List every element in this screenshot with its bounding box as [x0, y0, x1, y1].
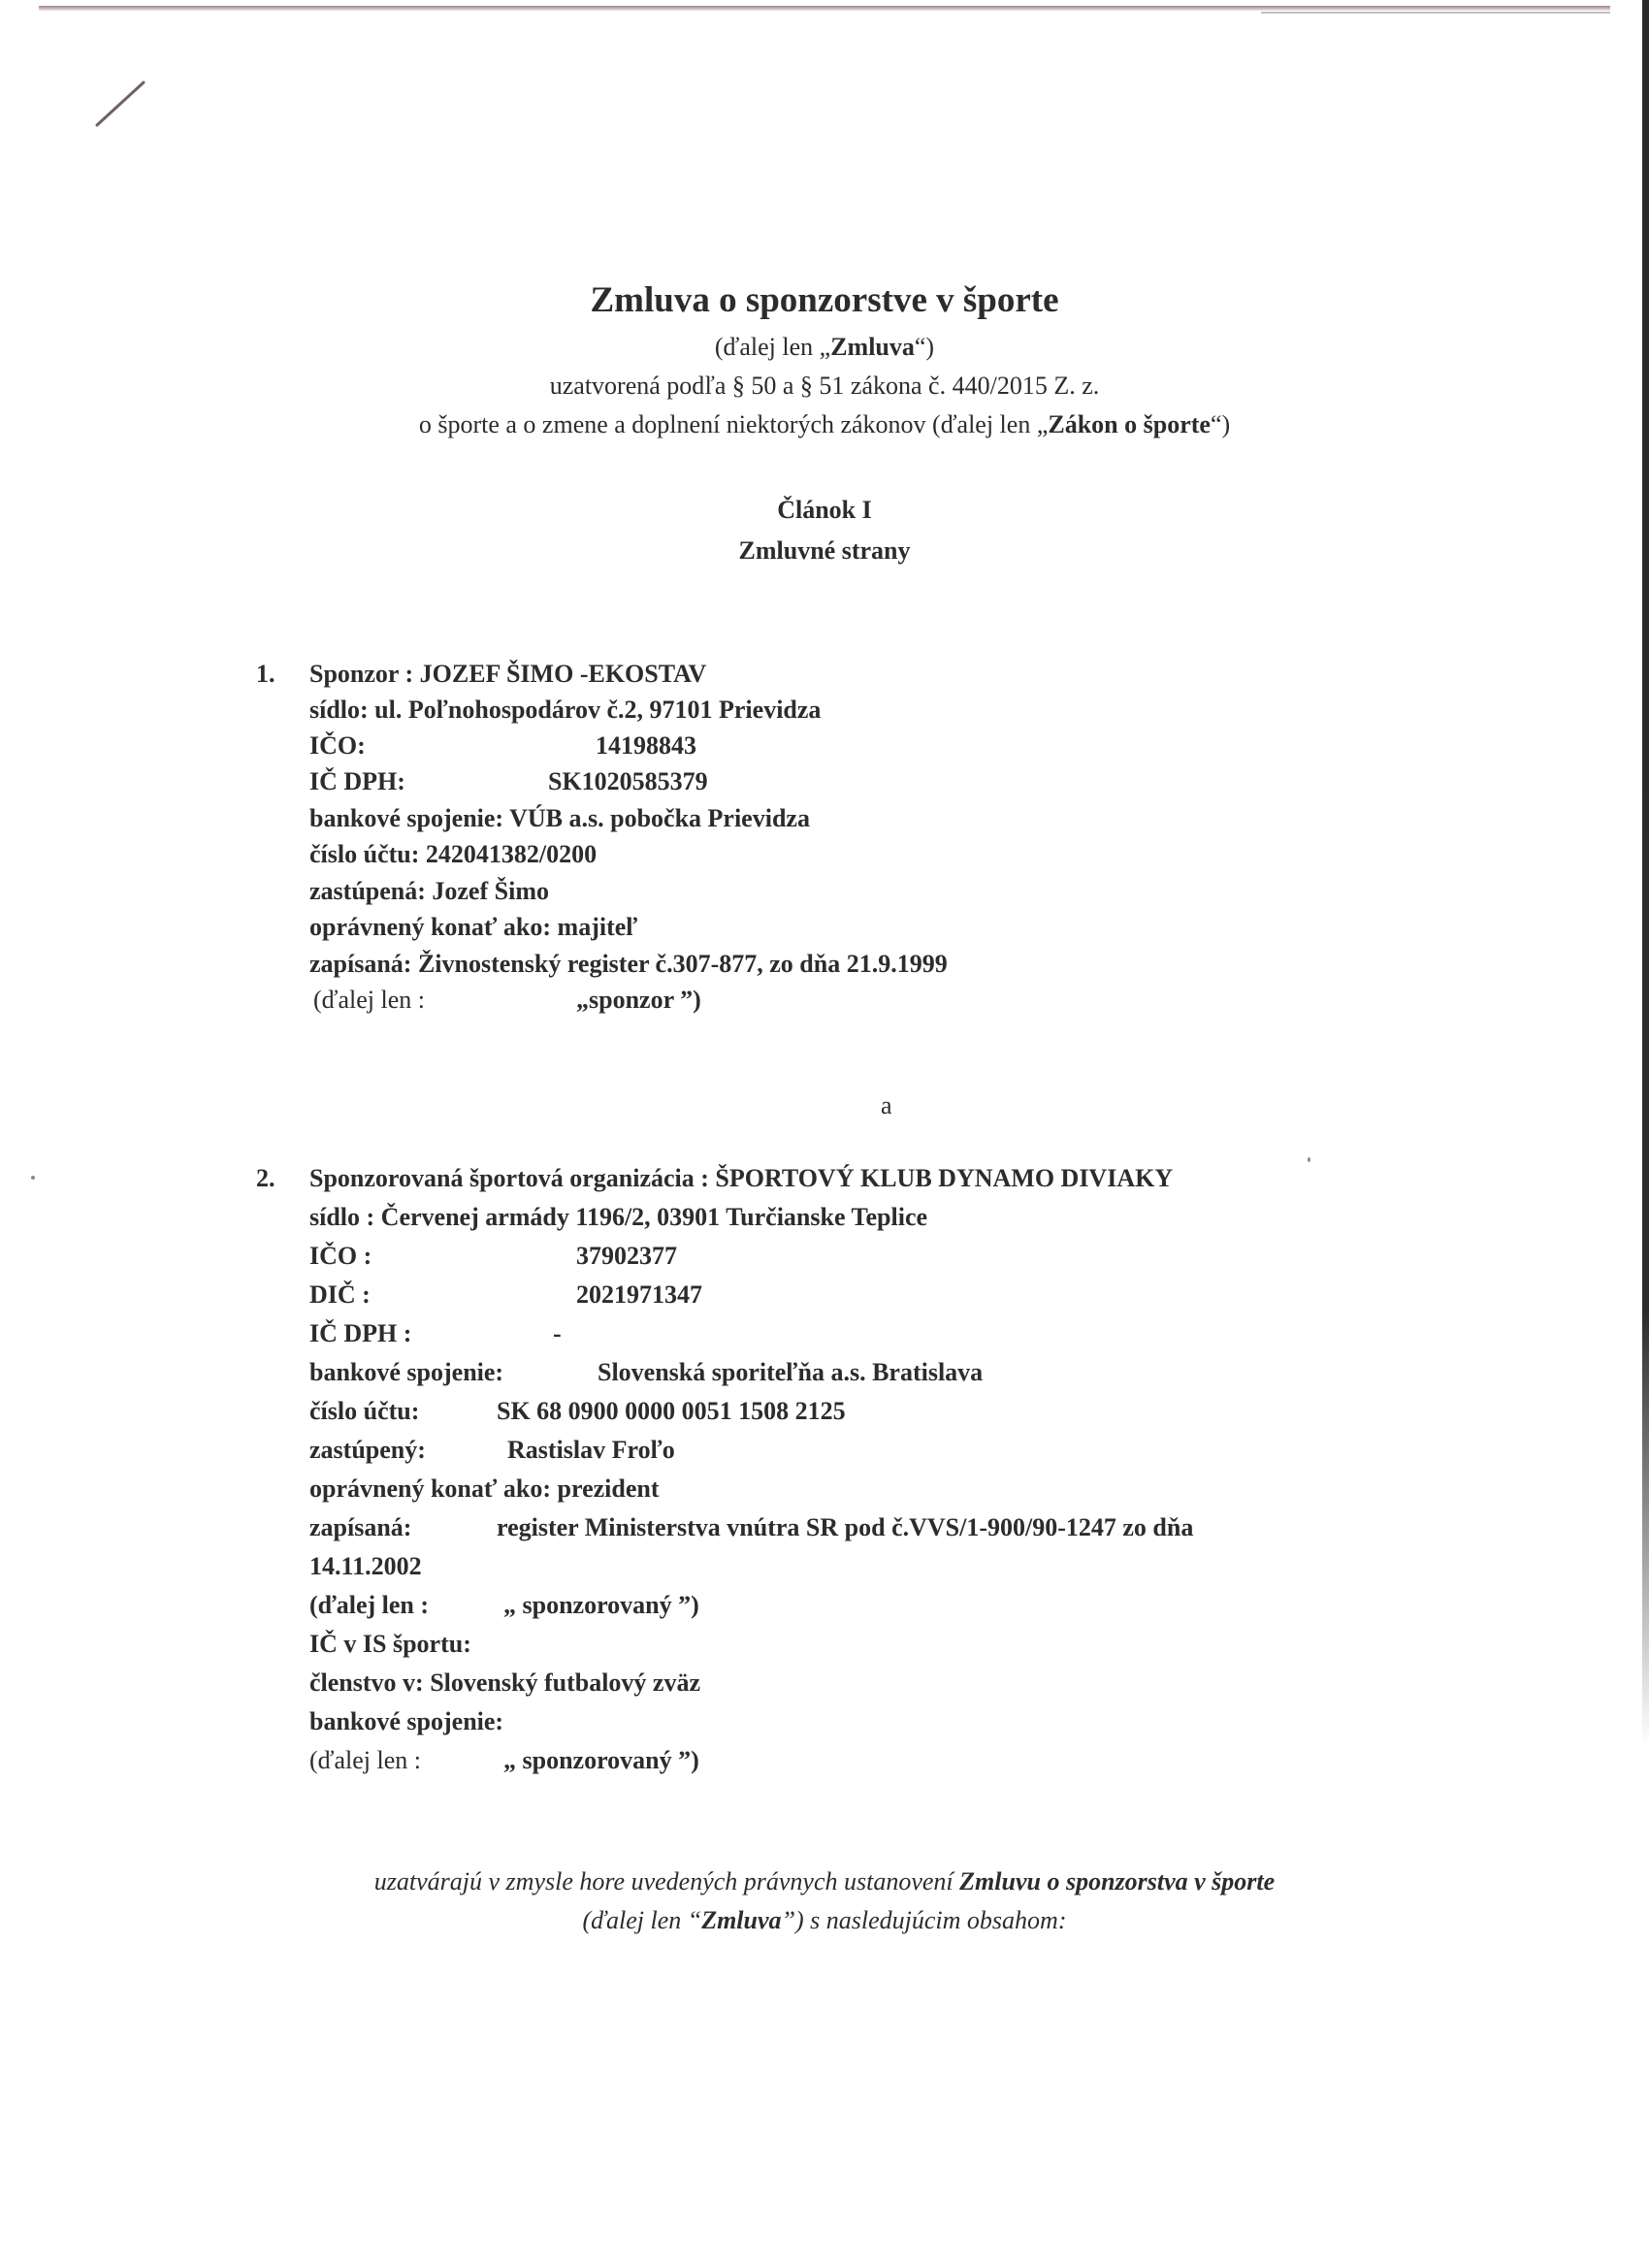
party-number: 2. [256, 1164, 275, 1193]
bank-value: Slovenská sporiteľňa a.s. Bratislava [598, 1358, 983, 1387]
closing-statement-2: (ďalej len “Zmluva”) s nasledujúcim obsa… [0, 1906, 1649, 1935]
sponsored-icdph-row: IČ DPH : - [309, 1319, 411, 1348]
represented-value: Rastislav Froľo [507, 1436, 675, 1465]
account-label: číslo účtu: [309, 1397, 419, 1425]
scan-edge-top-inner [1261, 12, 1610, 14]
icdph-value: SK1020585379 [548, 767, 708, 796]
scan-speck [1308, 1157, 1310, 1162]
party-number: 1. [256, 660, 275, 689]
document-title: Zmluva o sponzorstve v športe [0, 279, 1649, 321]
sponsored-alias-row-2: (ďalej len : „ sponzorovaný ”) [309, 1746, 421, 1775]
icdph-value: - [553, 1319, 562, 1348]
document-alias: (ďalej len „Zmluva“) [0, 333, 1649, 362]
dic-label: DIČ : [309, 1280, 371, 1309]
sponsored-authorized: oprávnený konať ako: prezident [309, 1474, 660, 1504]
sponsored-membership: členstvo v: Slovenský futbalový zväz [309, 1669, 700, 1698]
dic-value: 2021971347 [576, 1280, 702, 1310]
sponsor-account: číslo účtu: 242041382/0200 [309, 840, 597, 869]
ico-value: 14198843 [596, 731, 696, 761]
sponsor-seat: sídlo: ul. Poľnohospodárov č.2, 97101 Pr… [309, 696, 821, 725]
sponsor-alias-row: (ďalej len : „sponzor ”) [313, 986, 425, 1015]
sponsor-bank: bankové spojenie: VÚB a.s. pobočka Priev… [309, 804, 810, 833]
sponsor-registered: zapísaná: Živnostenský register č.307-87… [309, 950, 948, 979]
account-value: SK 68 0900 0000 0051 1508 2125 [497, 1397, 846, 1426]
sponsor-authorized: oprávnený konať ako: majiteľ [309, 913, 637, 942]
sponsored-is-sport-id: IČ v IS športu: [309, 1630, 471, 1659]
alias-value: „ sponzorovaný ”) [503, 1746, 699, 1775]
sponsored-bank-row: bankové spojenie: Slovenská sporiteľňa a… [309, 1358, 503, 1387]
sponsored-name-line: Sponzorovaná športová organizácia : ŠPOR… [309, 1164, 1173, 1193]
sponsored-ico-row: IČO : 37902377 [309, 1242, 372, 1271]
article-number: Článok I [0, 496, 1649, 525]
registered-label: zapísaná: [309, 1513, 411, 1541]
alias-label: (ďalej len : [309, 1591, 429, 1619]
sponsor-represented: zastúpená: Jozef Šimo [309, 877, 549, 906]
article-heading: Zmluvné strany [0, 536, 1649, 566]
sponsored-registered-row: zapísaná: register Ministerstva vnútra S… [309, 1513, 411, 1542]
sponsored-seat: sídlo : Červenej armády 1196/2, 03901 Tu… [309, 1203, 927, 1232]
sponsored-bank-empty: bankové spojenie: [309, 1707, 503, 1736]
alias-value: „ sponzorovaný ”) [503, 1591, 699, 1620]
scan-speck [31, 1176, 35, 1180]
registered-value: register Ministerstva vnútra SR pod č.VV… [497, 1513, 1193, 1542]
sponsored-represented-row: zastúpený: Rastislav Froľo [309, 1436, 426, 1465]
ico-label: IČO: [309, 731, 366, 760]
bank-label: bankové spojenie: [309, 1358, 503, 1386]
sponsored-alias-row: (ďalej len : „ sponzorovaný ”) [309, 1591, 429, 1620]
pen-stroke-mark [93, 80, 147, 128]
icdph-label: IČ DPH : [309, 1319, 411, 1347]
alias-label: (ďalej len : [313, 986, 425, 1014]
icdph-label: IČ DPH: [309, 767, 405, 795]
sponsored-registered-date: 14.11.2002 [309, 1552, 422, 1581]
sponsor-ico-row: IČO: 14198843 [309, 731, 366, 761]
sponsor-name-line: Sponzor : JOZEF ŠIMO -EKOSTAV [309, 660, 706, 689]
ico-value: 37902377 [576, 1242, 677, 1271]
closing-statement: uzatvárajú v zmysle hore uvedených právn… [0, 1867, 1649, 1896]
alias-value: „sponzor ”) [576, 986, 701, 1015]
sponsored-account-row: číslo účtu: SK 68 0900 0000 0051 1508 21… [309, 1397, 419, 1426]
alias-label: (ďalej len : [309, 1746, 421, 1774]
parties-separator: a [881, 1091, 892, 1120]
scan-edge-right [1642, 0, 1649, 1746]
scan-edge-top [39, 6, 1610, 11]
sponsor-icdph-row: IČ DPH: SK1020585379 [309, 767, 405, 796]
legal-basis-line-2: o športe a o zmene a doplnení niektorých… [0, 410, 1649, 439]
legal-basis-line: uzatvorená podľa § 50 a § 51 zákona č. 4… [0, 372, 1649, 401]
represented-label: zastúpený: [309, 1436, 426, 1464]
ico-label: IČO : [309, 1242, 372, 1270]
sponsored-dic-row: DIČ : 2021971347 [309, 1280, 371, 1310]
